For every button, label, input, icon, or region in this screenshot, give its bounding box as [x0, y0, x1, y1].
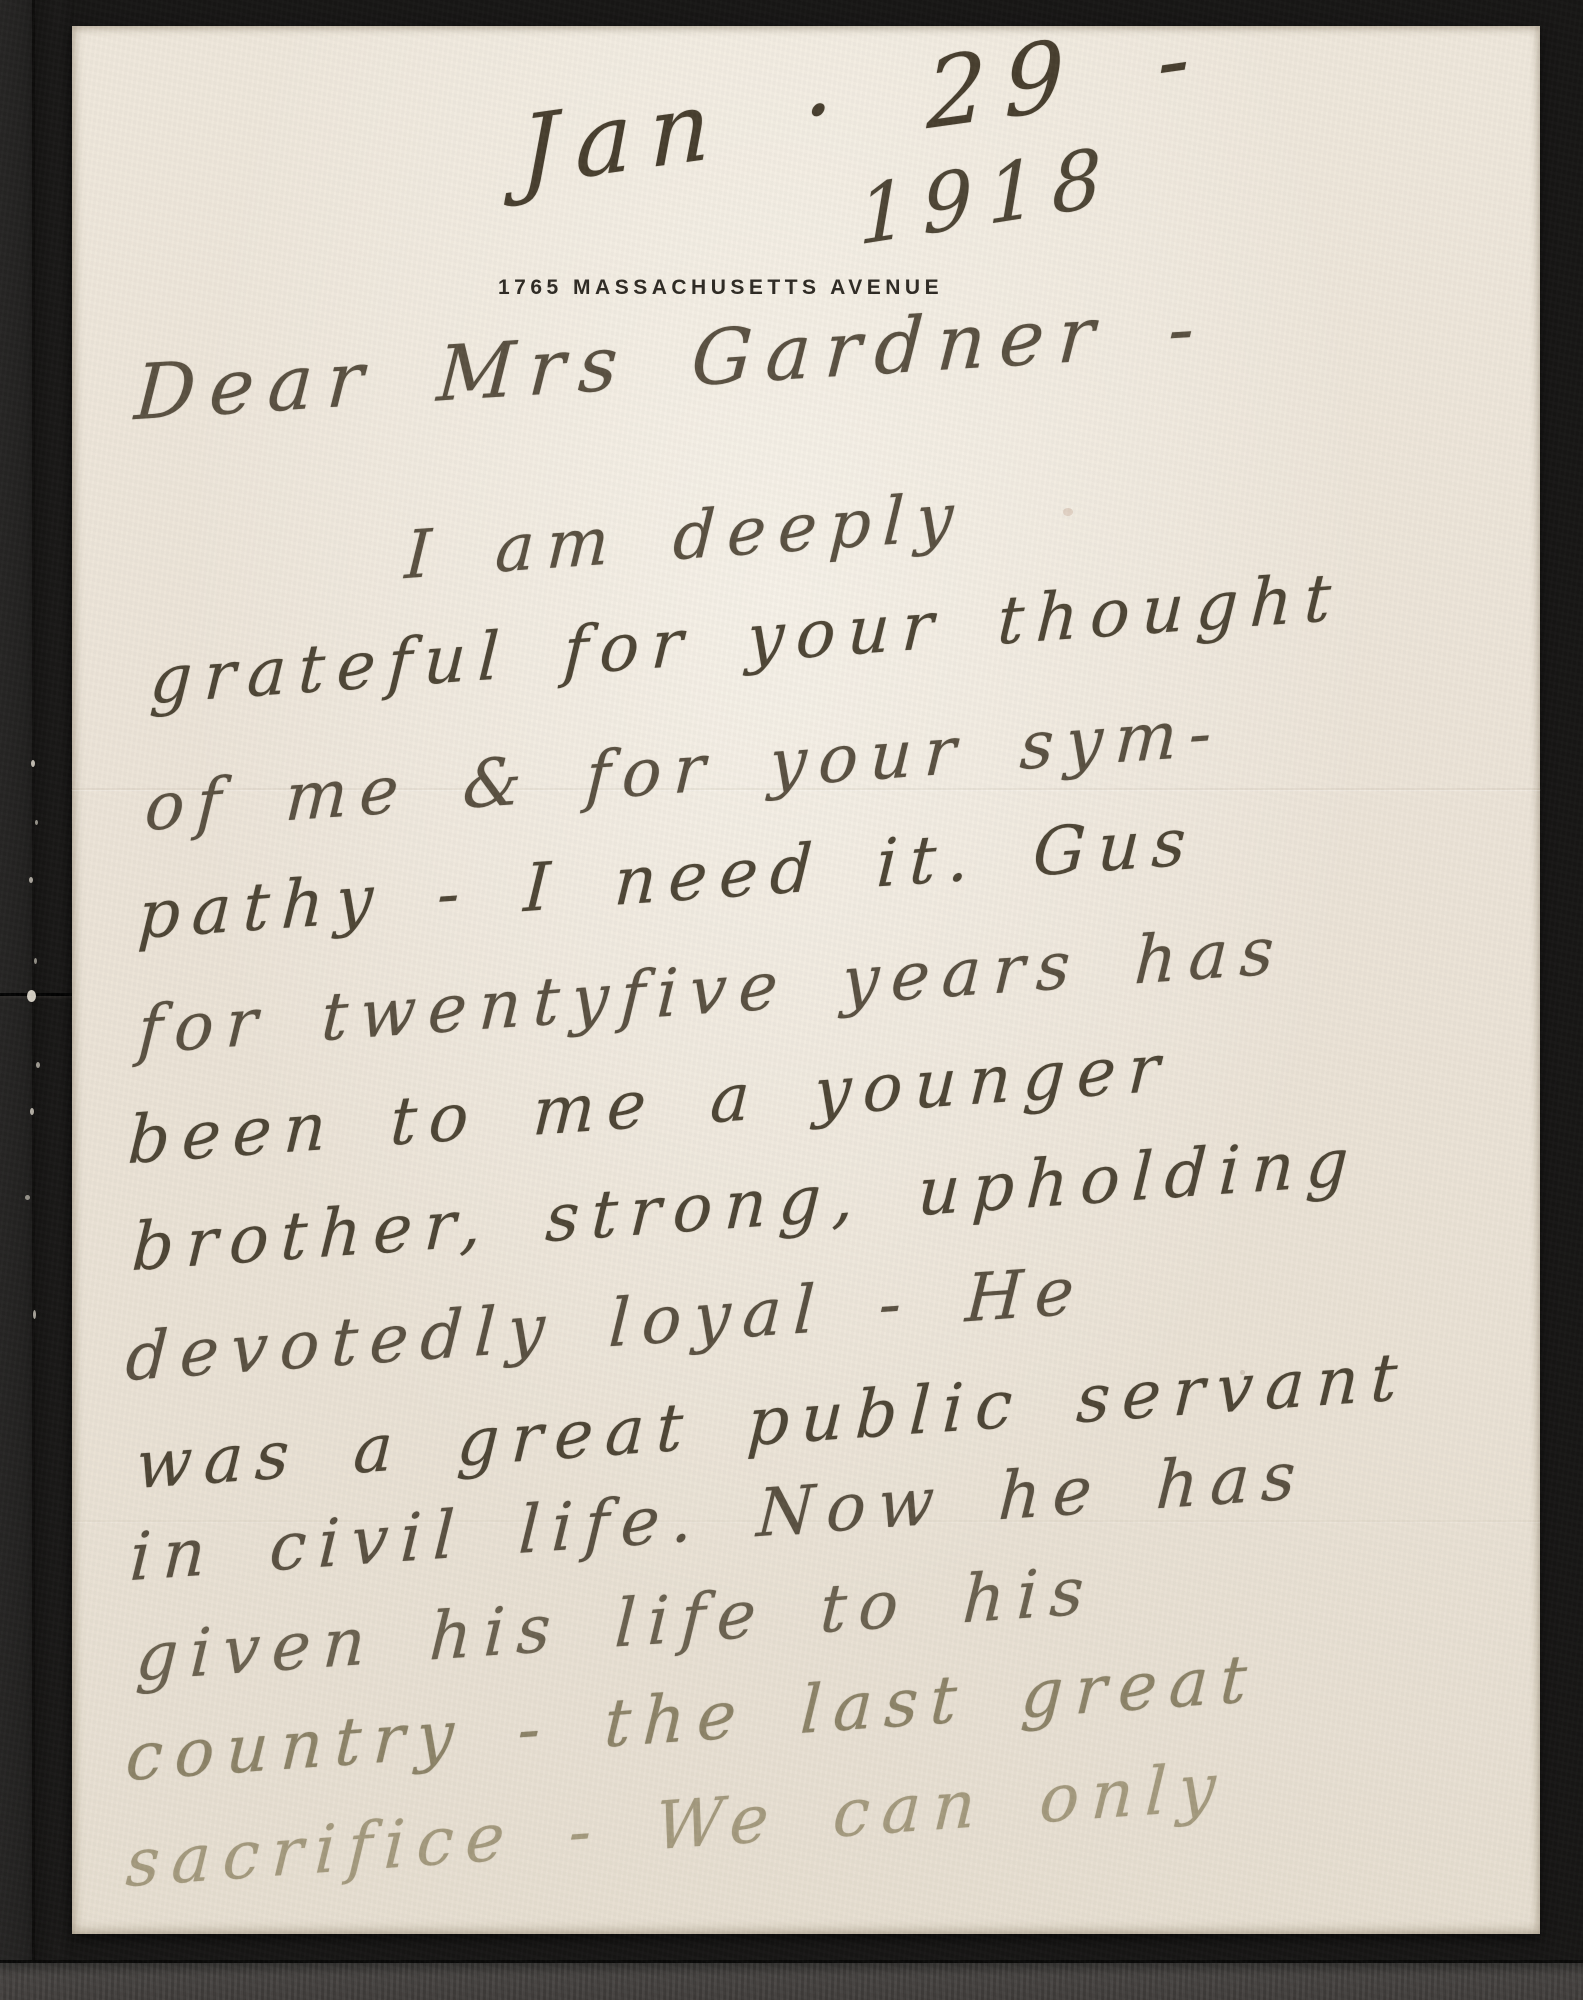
- wear-fleck: [34, 958, 37, 964]
- wear-fleck: [35, 820, 38, 825]
- paper-smudge: [1063, 508, 1073, 516]
- wear-fleck: [29, 877, 33, 883]
- album-seam-line: [32, 0, 35, 1964]
- wear-fleck: [25, 1195, 30, 1200]
- album-horizontal-crease: [0, 993, 74, 996]
- wear-fleck: [27, 990, 36, 1002]
- album-bottom-band: [0, 1960, 1583, 2000]
- letterhead-address: 1765 MASSACHUSETTS AVENUE: [498, 276, 943, 300]
- wear-fleck: [33, 1310, 36, 1319]
- wear-fleck: [31, 760, 35, 767]
- album-left-edge: [0, 0, 34, 1964]
- wear-fleck: [36, 1062, 40, 1068]
- wear-fleck: [30, 1108, 34, 1115]
- scanned-letter-photo: Jan · 29 - 1918 1765 MASSACHUSETTS AVENU…: [0, 0, 1583, 2000]
- album-left-inner-strip: [34, 0, 74, 1964]
